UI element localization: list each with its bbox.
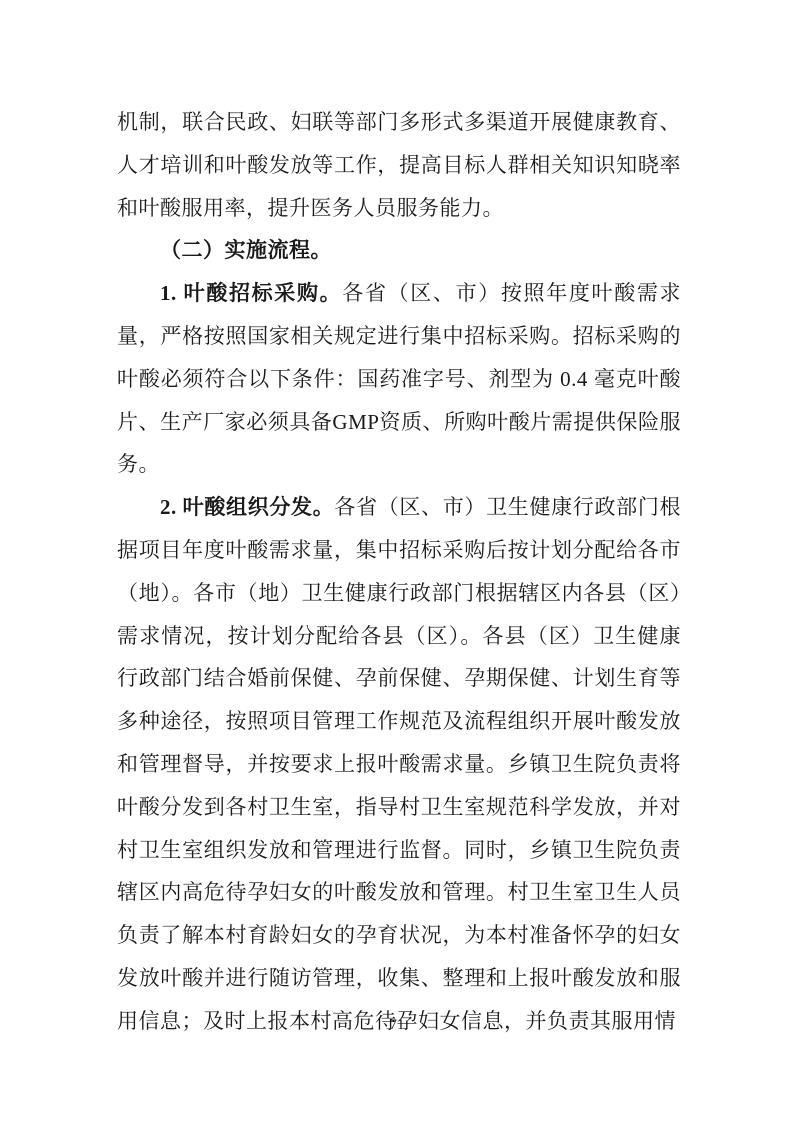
paragraph-item-2: 2. 叶酸组织分发。各省（区、市）卫生健康行政部门根据项目年度叶酸需求量，集中招… bbox=[117, 486, 681, 1042]
item-1-text: 各省（区、市）按照年度叶酸需求量，严格按照国家相关规定进行集中招标采购。招标采购… bbox=[117, 281, 681, 476]
item-1-title: 1. 叶酸招标采购。 bbox=[160, 281, 342, 305]
page-number: 71 bbox=[390, 1017, 405, 1033]
document-page: 机制，联合民政、妇联等部门多形式多渠道开展健康教育、人才培训和叶酸发放等工作，提… bbox=[0, 0, 794, 1122]
page-footer: 71 bbox=[0, 1016, 794, 1034]
paragraph-continued: 机制，联合民政、妇联等部门多形式多渠道开展健康教育、人才培训和叶酸发放等工作，提… bbox=[117, 101, 681, 229]
section-heading: （二）实施流程。 bbox=[117, 229, 681, 272]
paragraph-item-1: 1. 叶酸招标采购。各省（区、市）按照年度叶酸需求量，严格按照国家相关规定进行集… bbox=[117, 272, 681, 486]
document-body: 机制，联合民政、妇联等部门多形式多渠道开展健康教育、人才培训和叶酸发放等工作，提… bbox=[117, 101, 681, 1043]
item-2-title: 2. 叶酸组织分发。 bbox=[160, 495, 334, 519]
item-2-text: 各省（区、市）卫生健康行政部门根据项目年度叶酸需求量，集中招标采购后按计划分配给… bbox=[117, 495, 681, 1033]
